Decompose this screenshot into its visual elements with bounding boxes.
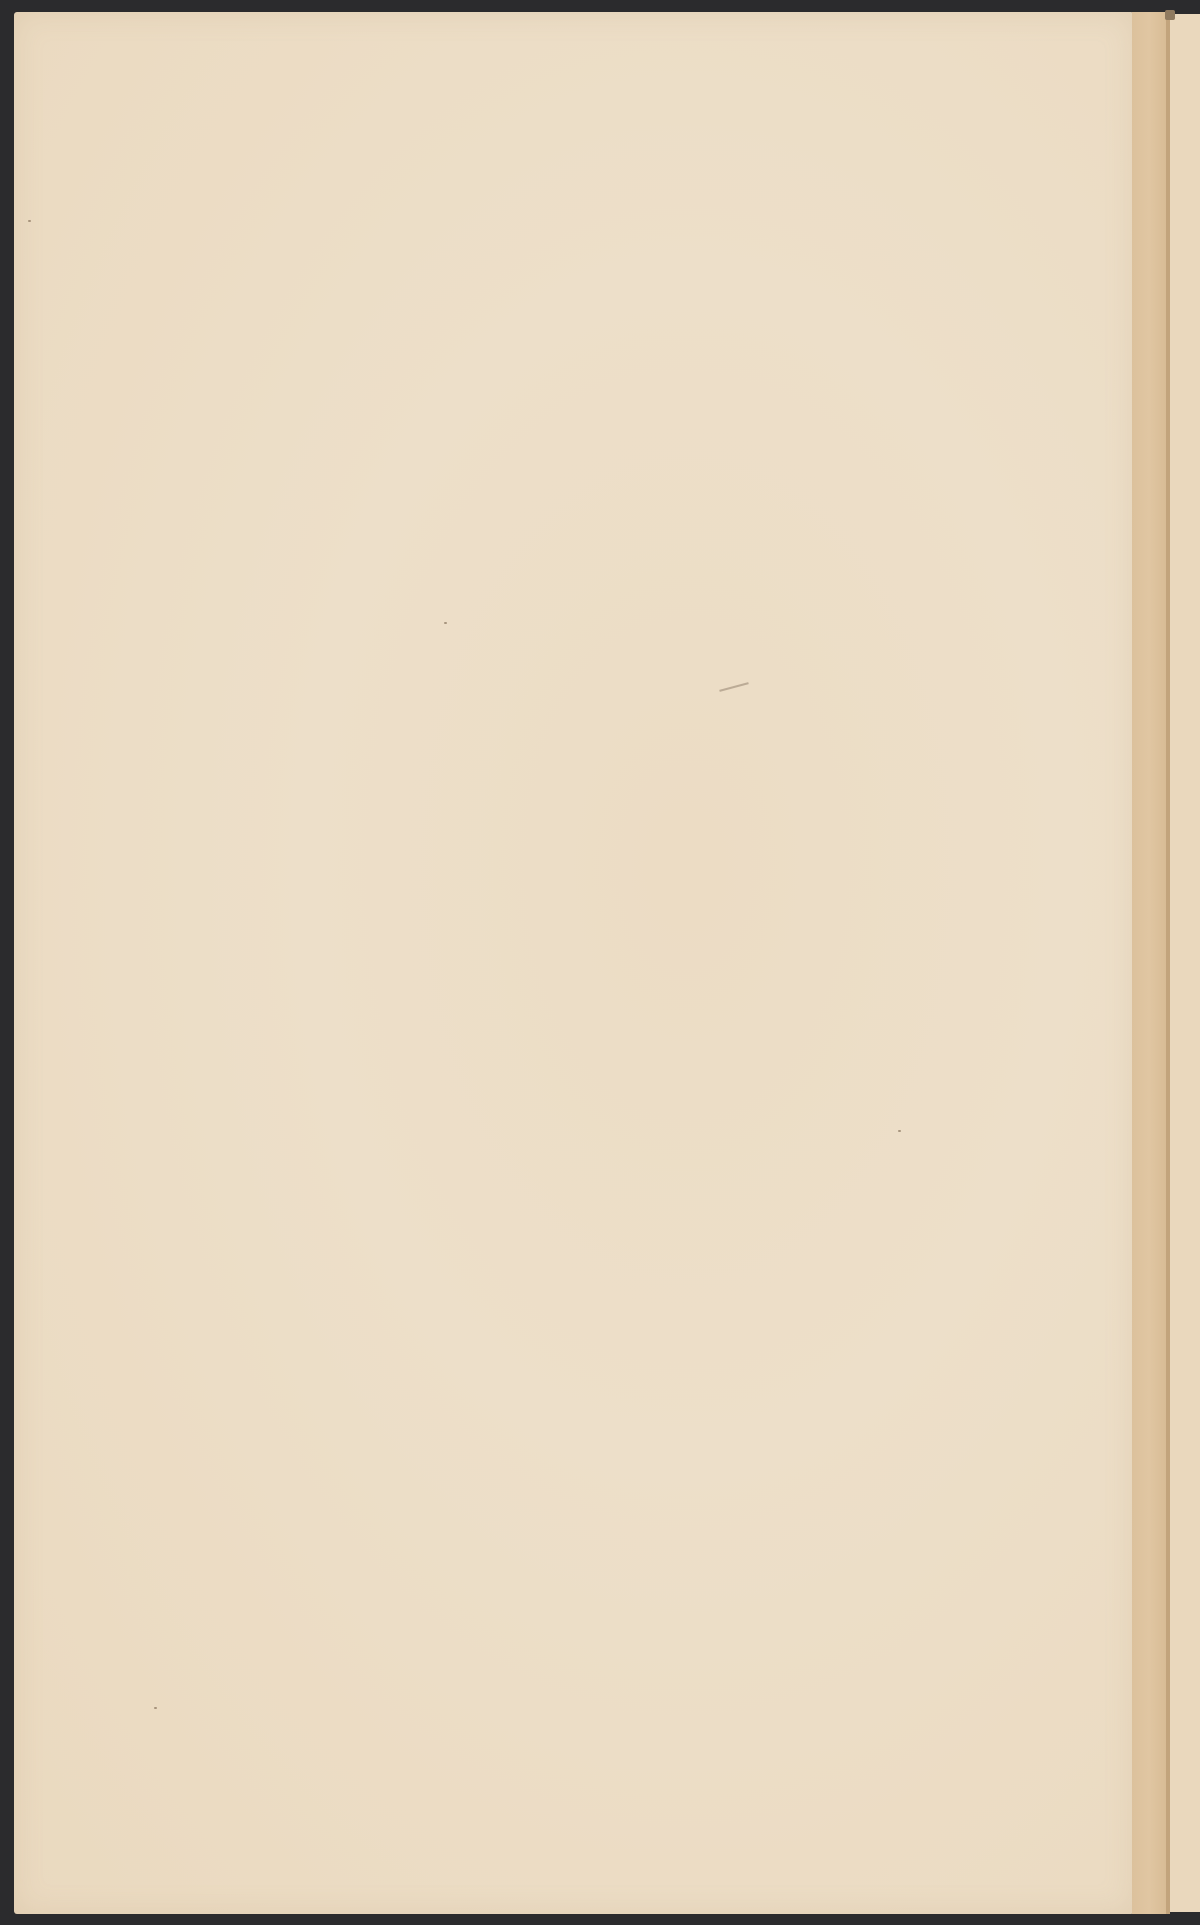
scratch-mark	[719, 682, 748, 692]
speck-mark	[898, 1130, 901, 1132]
speck-mark	[444, 622, 447, 624]
binding-gutter	[1132, 12, 1166, 1914]
adjacent-page-edge	[1170, 14, 1200, 1912]
blank-page	[14, 12, 1134, 1914]
speck-mark	[154, 1707, 157, 1709]
binding-tab	[1165, 10, 1175, 20]
speck-mark	[28, 220, 31, 222]
